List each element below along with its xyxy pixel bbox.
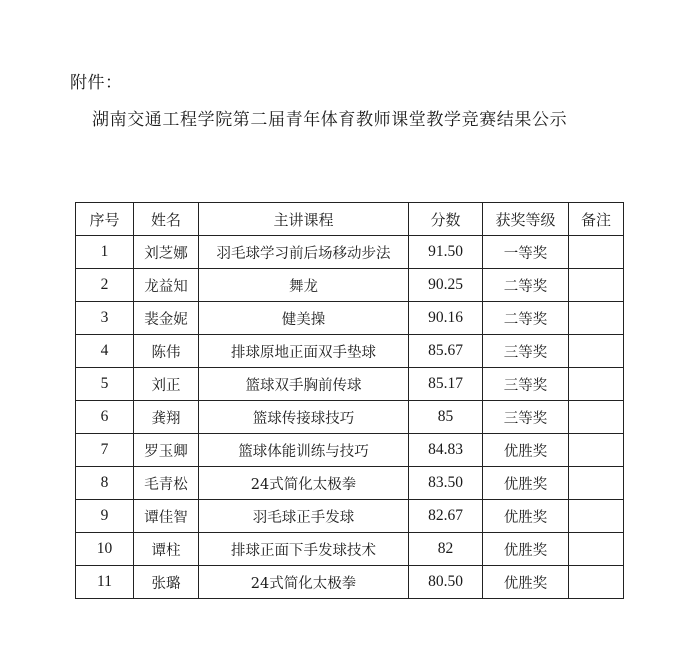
table-row: 4 陈伟 排球原地正面双手垫球 85.67 三等奖 [76,335,624,368]
cell-award: 优胜奖 [483,533,569,566]
cell-note [569,467,624,500]
table-row: 3 裴金妮 健美操 90.16 二等奖 [76,302,624,335]
cell-course: 羽毛球正手发球 [199,500,409,533]
cell-no: 4 [76,335,134,368]
cell-note [569,335,624,368]
cell-no: 2 [76,269,134,302]
header-award: 获奖等级 [483,203,569,236]
table-row: 10 谭柱 排球正面下手发球技术 82 优胜奖 [76,533,624,566]
cell-score: 84.83 [409,434,483,467]
cell-name: 龙益知 [134,269,199,302]
cell-course: 24式简化太极拳 [199,467,409,500]
cell-name: 刘芝娜 [134,236,199,269]
cell-no: 6 [76,401,134,434]
cell-no: 9 [76,500,134,533]
cell-score: 83.50 [409,467,483,500]
cell-course: 舞龙 [199,269,409,302]
cell-name: 龚翔 [134,401,199,434]
cell-score: 82.67 [409,500,483,533]
cell-name: 谭柱 [134,533,199,566]
cell-no: 10 [76,533,134,566]
cell-award: 优胜奖 [483,434,569,467]
cell-course: 24式简化太极拳 [199,566,409,599]
cell-course: 排球正面下手发球技术 [199,533,409,566]
cell-score: 90.16 [409,302,483,335]
header-no: 序号 [76,203,134,236]
cell-no: 5 [76,368,134,401]
cell-award: 二等奖 [483,269,569,302]
table-row: 9 谭佳智 羽毛球正手发球 82.67 优胜奖 [76,500,624,533]
cell-course: 篮球传接球技巧 [199,401,409,434]
cell-award: 优胜奖 [483,566,569,599]
cell-award: 三等奖 [483,401,569,434]
cell-award: 三等奖 [483,335,569,368]
cell-note [569,302,624,335]
cell-no: 8 [76,467,134,500]
cell-course: 篮球双手胸前传球 [199,368,409,401]
cell-note [569,500,624,533]
cell-note [569,236,624,269]
cell-course: 篮球体能训练与技巧 [199,434,409,467]
cell-course: 羽毛球学习前后场移动步法 [199,236,409,269]
cell-score: 91.50 [409,236,483,269]
cell-award: 优胜奖 [483,500,569,533]
cell-name: 张璐 [134,566,199,599]
header-score: 分数 [409,203,483,236]
cell-score: 85 [409,401,483,434]
cell-name: 罗玉卿 [134,434,199,467]
cell-note [569,269,624,302]
cell-note [569,566,624,599]
table-row: 7 罗玉卿 篮球体能训练与技巧 84.83 优胜奖 [76,434,624,467]
cell-course: 排球原地正面双手垫球 [199,335,409,368]
cell-score: 85.17 [409,368,483,401]
table-row: 2 龙益知 舞龙 90.25 二等奖 [76,269,624,302]
cell-score: 90.25 [409,269,483,302]
cell-name: 谭佳智 [134,500,199,533]
cell-no: 3 [76,302,134,335]
header-row: 序号 姓名 主讲课程 分数 获奖等级 备注 [76,203,624,236]
header-note: 备注 [569,203,624,236]
cell-note [569,401,624,434]
cell-no: 11 [76,566,134,599]
cell-award: 优胜奖 [483,467,569,500]
header-name: 姓名 [134,203,199,236]
table-row: 11 张璐 24式简化太极拳 80.50 优胜奖 [76,566,624,599]
cell-no: 7 [76,434,134,467]
cell-score: 85.67 [409,335,483,368]
document-title: 湖南交通工程学院第二届青年体育教师课堂教学竞赛结果公示 [92,108,567,132]
table-row: 6 龚翔 篮球传接球技巧 85 三等奖 [76,401,624,434]
cell-score: 80.50 [409,566,483,599]
cell-award: 三等奖 [483,368,569,401]
results-table: 序号 姓名 主讲课程 分数 获奖等级 备注 1 刘芝娜 羽毛球学习前后场移动步法… [75,202,624,599]
cell-note [569,533,624,566]
cell-score: 82 [409,533,483,566]
table-row: 5 刘正 篮球双手胸前传球 85.17 三等奖 [76,368,624,401]
cell-name: 毛青松 [134,467,199,500]
cell-name: 裴金妮 [134,302,199,335]
table-row: 1 刘芝娜 羽毛球学习前后场移动步法 91.50 一等奖 [76,236,624,269]
cell-no: 1 [76,236,134,269]
cell-award: 一等奖 [483,236,569,269]
table-row: 8 毛青松 24式简化太极拳 83.50 优胜奖 [76,467,624,500]
header-course: 主讲课程 [199,203,409,236]
cell-award: 二等奖 [483,302,569,335]
cell-name: 刘正 [134,368,199,401]
cell-course: 健美操 [199,302,409,335]
cell-note [569,368,624,401]
cell-name: 陈伟 [134,335,199,368]
attachment-label: 附件： [70,72,123,94]
cell-note [569,434,624,467]
